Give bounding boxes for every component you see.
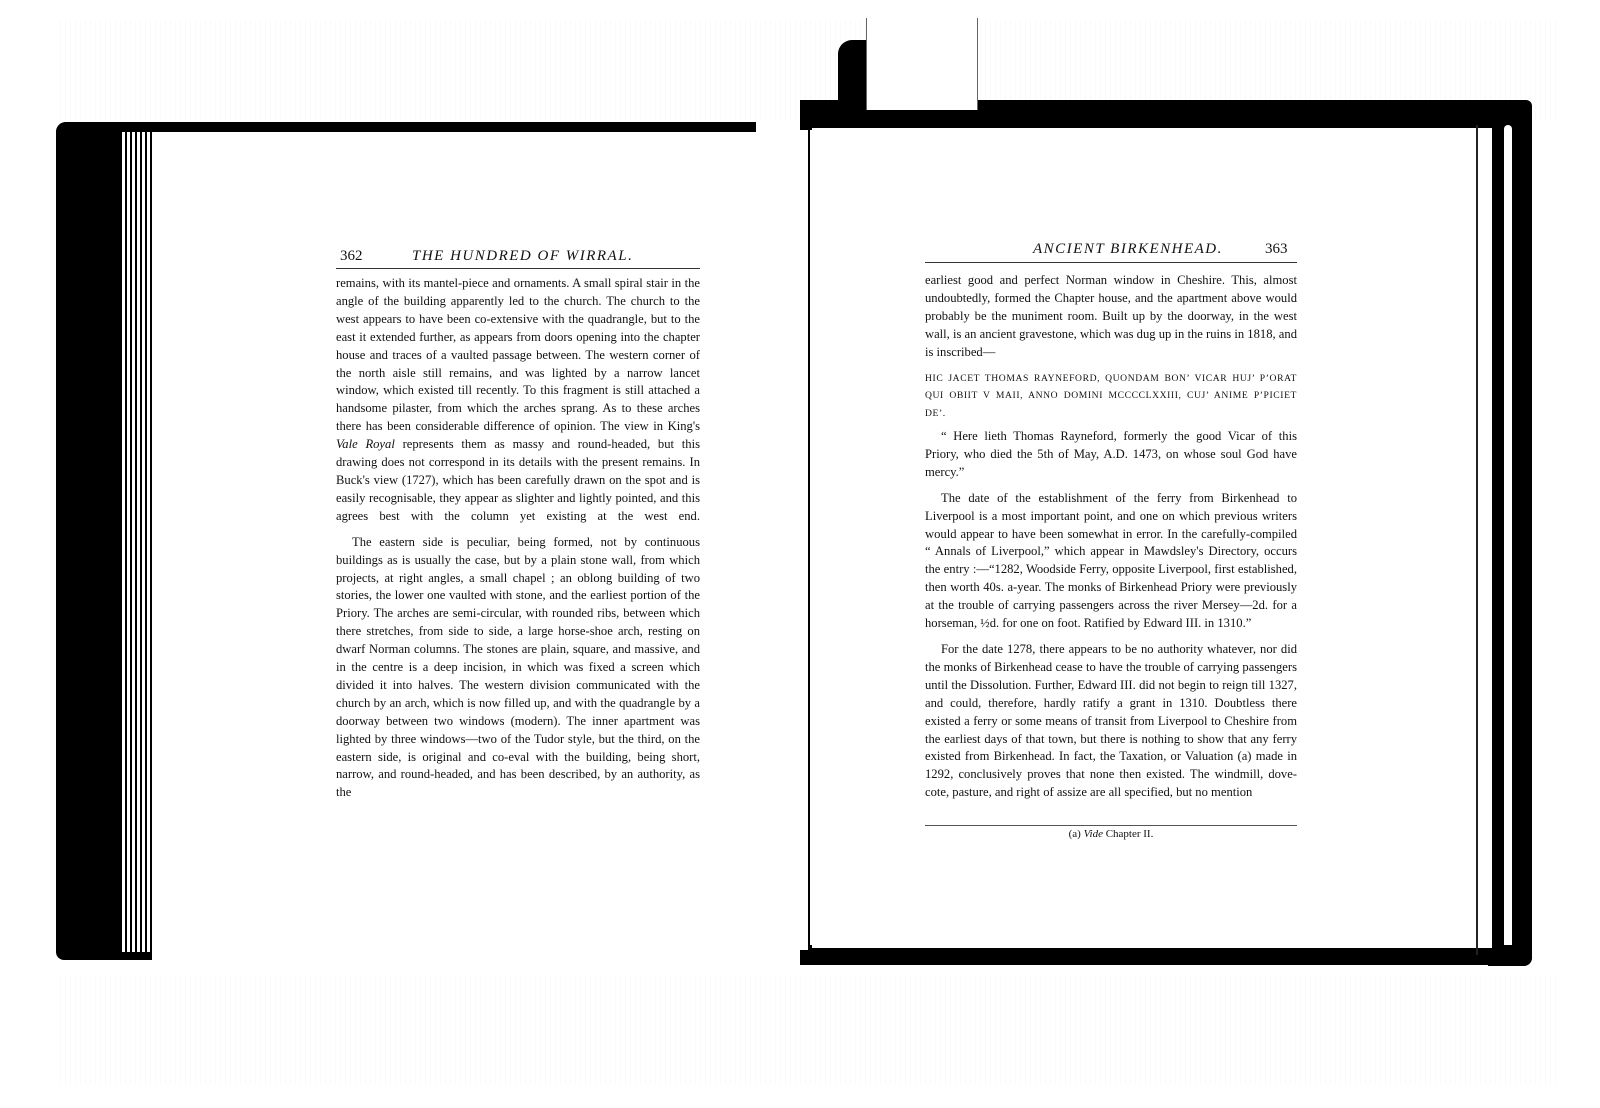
footnote-rule [925,825,1297,826]
right-paragraph-2: The date of the establishment of the fer… [925,490,1297,633]
bookmark-slip [866,18,978,110]
page-stack-left [120,132,150,952]
book-cover-bottom-right [800,945,1532,965]
right-head-rule [925,262,1297,263]
right-running-title: ANCIENT BIRKENHEAD. [1033,241,1223,258]
left-running-title: THE HUNDRED OF WIRRAL. [412,248,633,265]
gravestone-inscription: HIC JACET THOMAS RAYNEFORD, QUONDAM BON’… [925,370,1297,423]
right-page-number: 363 [1265,241,1288,258]
right-page-inner-border [1476,125,1478,955]
left-text-column: remains, with its mantel-piece and ornam… [336,275,700,810]
left-paragraph-1: remains, with its mantel-piece and ornam… [336,275,700,526]
right-paragraph-3: For the date 1278, there appears to be n… [925,641,1297,802]
footnote-italic: Vide [1084,828,1103,840]
page-edge-right [1504,125,1512,955]
right-text-column: earliest good and perfect Norman window … [925,272,1297,810]
right-running-head: ANCIENT BIRKENHEAD. 363 [925,241,1295,261]
bookmark-ribbon [838,40,868,115]
left-page-number: 362 [340,248,363,265]
footnote-marker: (a) [1069,828,1081,840]
left-paragraph-2: The eastern side is peculiar, being form… [336,534,700,803]
inscription-translation: “ Here lieth Thomas Rayneford, formerly … [925,428,1297,482]
footnote-text: Chapter II. [1106,828,1154,840]
book-title-italic: Vale Royal [336,437,395,451]
right-paragraph-1: earliest good and perfect Norman window … [925,272,1297,362]
left-running-head: 362 THE HUNDRED OF WIRRAL. [340,248,700,268]
scan-background-noise-bottom [60,975,1560,1085]
footnote: (a) Vide Chapter II. [925,828,1297,840]
left-head-rule [336,268,700,269]
book-gutter [808,130,810,950]
